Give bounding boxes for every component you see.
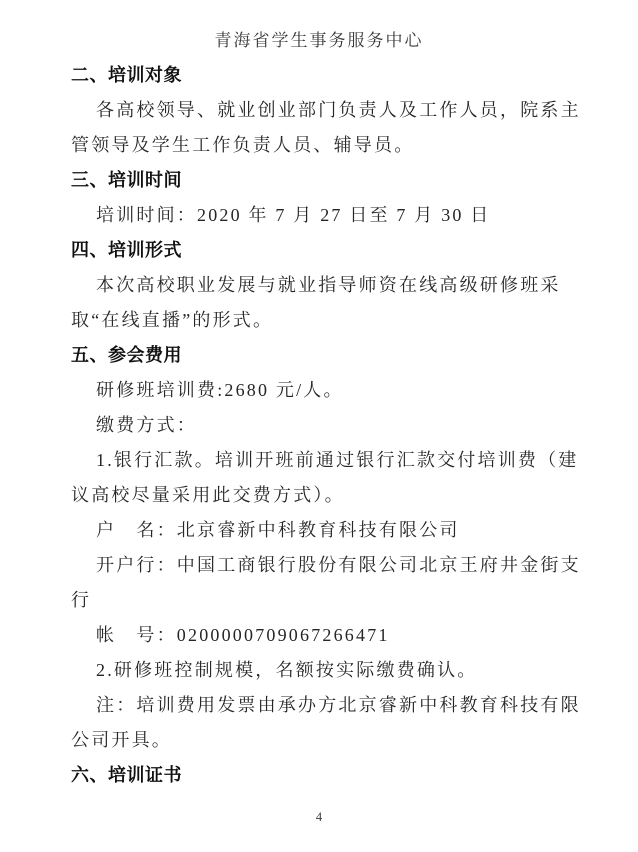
- section-heading: 三、培训时间: [71, 163, 598, 198]
- paragraph-line: 本次高校职业发展与就业指导师资在线高级研修班采: [71, 268, 598, 303]
- paragraph-line: 1.银行汇款。培训开班前通过银行汇款交付培训费（建: [71, 443, 598, 478]
- section-heading: 六、培训证书: [71, 758, 598, 793]
- document-page: 青海省学生事务服务中心 二、培训对象各高校领导、就业创业部门负责人及工作人员，院…: [0, 0, 638, 852]
- paragraph-line: 议高校尽量采用此交费方式）。: [71, 478, 598, 513]
- paragraph-line: 研修班培训费:2680 元/人。: [71, 373, 598, 408]
- paragraph-line: 各高校领导、就业创业部门负责人及工作人员，院系主: [71, 93, 598, 128]
- paragraph-line: 公司开具。: [71, 723, 598, 758]
- paragraph-line: 培训时间：2020 年 7 月 27 日至 7 月 30 日: [71, 198, 598, 233]
- section-heading: 五、参会费用: [71, 338, 598, 373]
- paragraph-line: 注：培训费用发票由承办方北京睿新中科教育科技有限: [71, 688, 598, 723]
- document-body: 二、培训对象各高校领导、就业创业部门负责人及工作人员，院系主管领导及学生工作负责…: [71, 58, 598, 793]
- section-heading: 四、培训形式: [71, 233, 598, 268]
- paragraph-line: 开户行：中国工商银行股份有限公司北京王府井金街支: [71, 548, 598, 583]
- paragraph-line: 缴费方式：: [71, 408, 598, 443]
- paragraph-line: 2.研修班控制规模，名额按实际缴费确认。: [71, 653, 598, 688]
- paragraph-line: 户 名：北京睿新中科教育科技有限公司: [71, 513, 598, 548]
- paragraph-line: 取“在线直播”的形式。: [71, 303, 598, 338]
- section-heading: 二、培训对象: [71, 58, 598, 93]
- paragraph-line: 管领导及学生工作负责人员、辅导员。: [71, 128, 598, 163]
- page-header-title: 青海省学生事务服务中心: [0, 0, 638, 58]
- paragraph-line: 帐 号：0200000709067266471: [71, 618, 598, 653]
- page-number: 4: [0, 800, 638, 835]
- paragraph-line: 行: [71, 583, 598, 618]
